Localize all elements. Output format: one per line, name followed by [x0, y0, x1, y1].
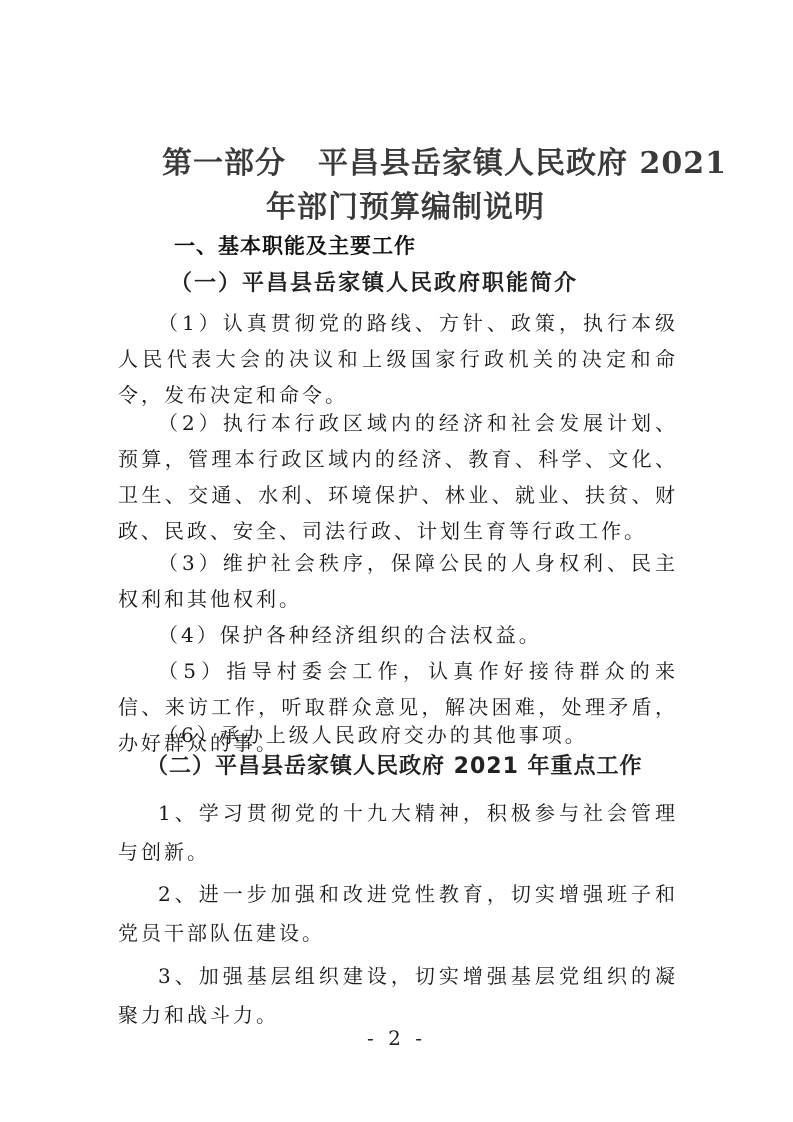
key-work-item-3: 3、加强基层组织建设，切实增强基层党组织的凝聚力和战斗力。	[118, 957, 678, 1035]
title-part-label: 第一部分	[162, 146, 286, 181]
title-main: 平昌县岳家镇人民政府 2021	[318, 146, 727, 181]
section-heading-basic-functions: 一、基本职能及主要工作	[174, 230, 416, 260]
function-item-3: （3）维护社会秩序，保障公民的人身权利、民主权利和其他权利。	[118, 545, 678, 617]
function-item-6: （6）承办上级人民政府交办的其他事项。	[118, 717, 678, 753]
function-item-2: （2）执行本行政区域内的经济和社会发展计划、预算，管理本行政区域内的经济、教育、…	[118, 405, 678, 549]
key-work-item-2: 2、进一步加强和改进党性教育，切实增强班子和党员干部队伍建设。	[118, 875, 678, 953]
document-title-line-1: 第一部分平昌县岳家镇人民政府 2021	[162, 138, 793, 182]
subsection-heading-function-intro: （一）平昌县岳家镇人民政府职能简介	[170, 266, 578, 297]
key-work-item-1: 1、学习贯彻党的十九大精神，积极参与社会管理与创新。	[118, 794, 678, 872]
document-page: 第一部分平昌县岳家镇人民政府 2021 年部门预算编制说明 一、基本职能及主要工…	[0, 0, 793, 1122]
document-title-line-2: 年部门预算编制说明	[266, 182, 793, 226]
subsection-heading-key-work: （二）平昌县岳家镇人民政府 2021 年重点工作	[146, 749, 643, 780]
function-item-4: （4）保护各种经济组织的合法权益。	[118, 617, 678, 653]
function-item-1: （1）认真贯彻党的路线、方针、政策，执行本级人民代表大会的决议和上级国家行政机关…	[118, 305, 678, 413]
page-number: - 2 -	[0, 1026, 793, 1050]
